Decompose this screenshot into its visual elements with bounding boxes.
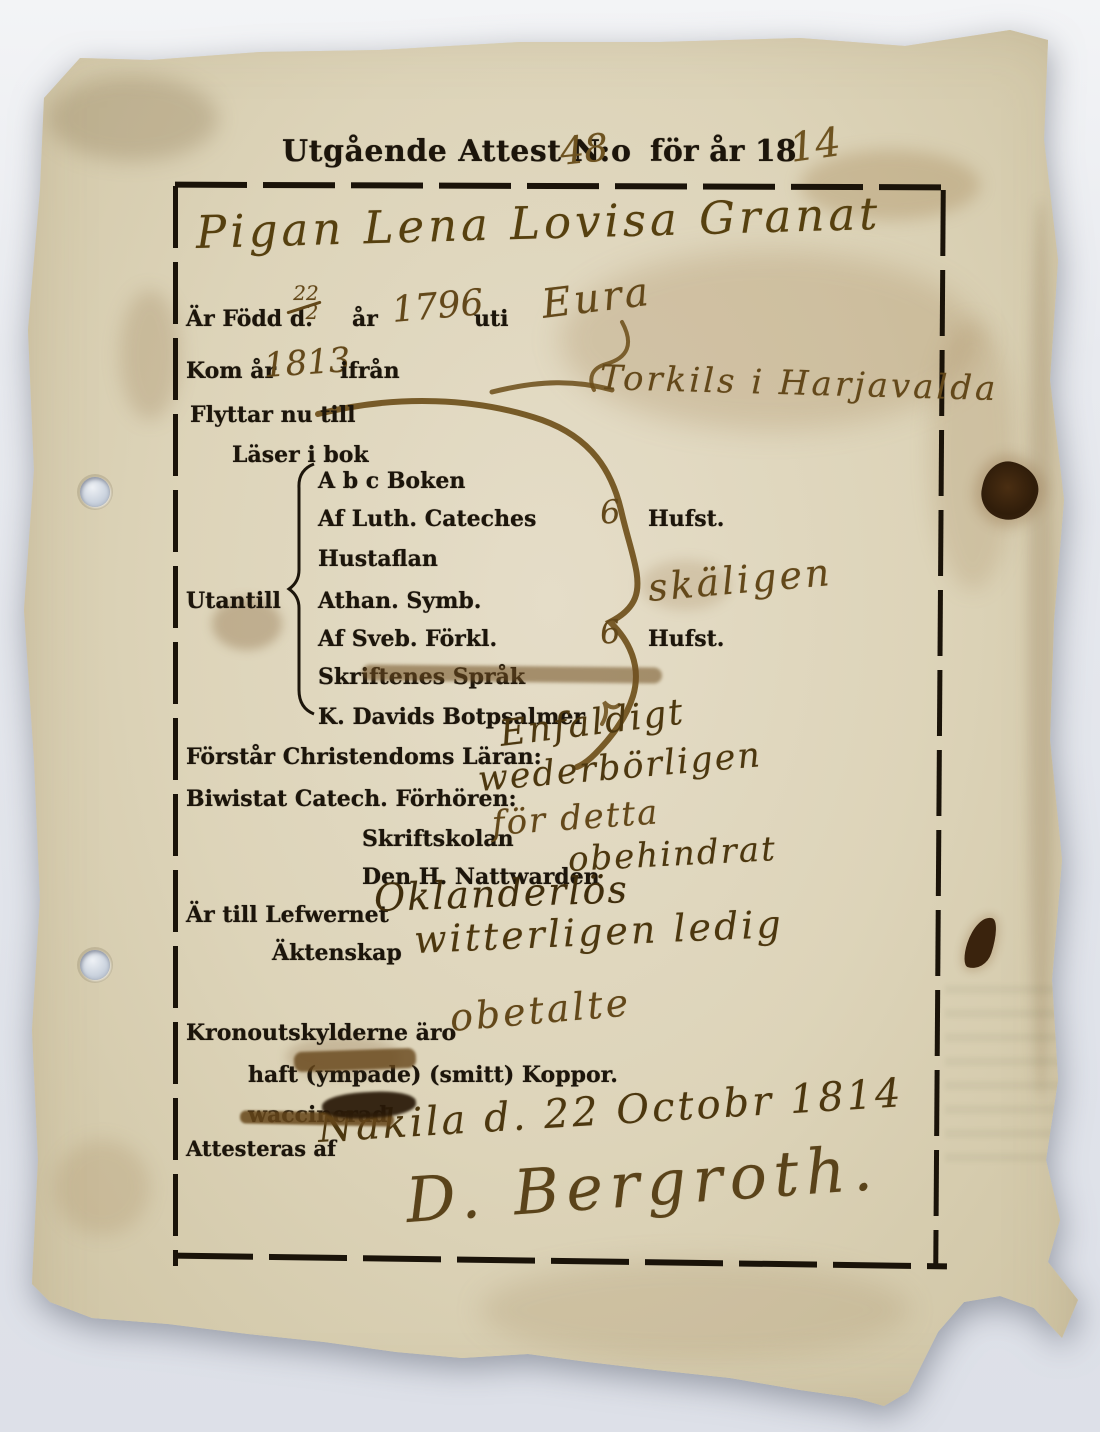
reads-in-book-label: Läser i bok [232, 442, 369, 468]
came-year-value: 1813 [263, 340, 352, 386]
kom-leading-stroke [492, 383, 612, 392]
header-year-suffix: 14 [787, 119, 844, 172]
book-item-abc: A b c Boken [318, 468, 465, 494]
book-item-hustaflan: Hustaflan [318, 546, 438, 572]
came-label: Kom år [186, 358, 276, 384]
overall-grade-handwritten: skäligen [646, 550, 834, 610]
born-place-label: uti [474, 306, 509, 332]
attended-label: Biwistat Catech. Förhören: [186, 786, 517, 812]
printed-frame-bottom [175, 1253, 947, 1270]
book-item-sveb-grade: 6 [598, 612, 622, 652]
photo-background: Utgående Attest N:o 48 för år 18 14 Piga… [0, 0, 1100, 1432]
printed-frame-left [173, 186, 178, 1266]
moves-to-label: Flyttar nu till [190, 402, 355, 428]
taxes-label: Kronoutskylderne äro [186, 1020, 456, 1046]
born-year-value: 1796 [390, 282, 485, 331]
utantill-label: Utantill [186, 588, 281, 614]
taxes-value: obetalte [448, 980, 633, 1040]
book-item-cateches: Af Luth. Cateches [318, 506, 536, 532]
header-attest-number: 48 [558, 125, 611, 174]
book-item-cateches-grade: 6 [598, 492, 622, 532]
book-item-sveb-forkl: Af Sveb. Förkl. [318, 626, 497, 652]
born-year-label: år [352, 306, 378, 332]
marriage-label: Äktenskap [272, 940, 402, 966]
attested-by-label: Attesteras af [186, 1136, 336, 1161]
came-from-label: ifrån [340, 358, 400, 384]
ink-strikethrough-sprak [362, 664, 662, 683]
printed-frame-right [933, 190, 946, 1268]
header-year-prefix: för år 18 [650, 134, 797, 169]
conduct-label: Är till Lefwernet [186, 902, 389, 928]
skriftskolan-label: Skriftskolan [362, 826, 514, 852]
attest-signature: D. Bergroth. [403, 1131, 881, 1237]
book-item-cateches-suffix: Hufst. [648, 506, 724, 532]
person-name-line: Pigan Lena Lovisa Granat [195, 187, 882, 259]
ink-strikethrough-ympade [294, 1048, 417, 1072]
book-item-sveb-suffix: Hufst. [648, 626, 724, 652]
document-content: Utgående Attest N:o 48 för år 18 14 Piga… [0, 0, 1100, 1432]
born-place-value: Eura [539, 269, 654, 328]
printed-brace [289, 464, 314, 714]
book-item-athan-symb: Athan. Symb. [318, 588, 481, 614]
